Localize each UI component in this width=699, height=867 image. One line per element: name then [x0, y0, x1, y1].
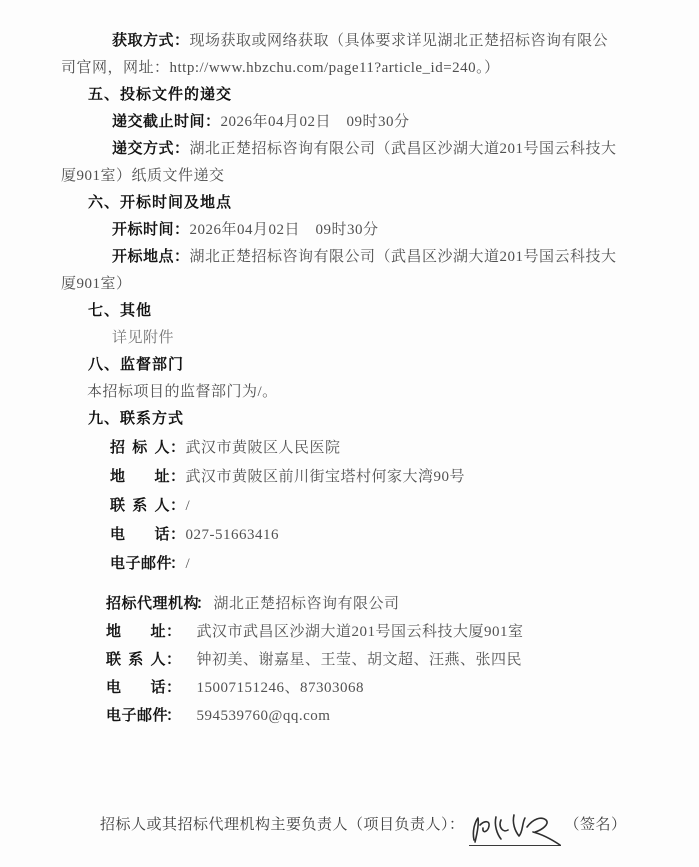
- section-heading-8: 八、监督部门: [61, 352, 643, 379]
- obtain-method-text: 现场获取或网络获取（具体要求详见湖北正楚招标咨询有限公: [190, 33, 609, 49]
- address-value: 武汉市黄陂区前川街宝塔村何家大湾90号: [186, 469, 466, 485]
- colon: ：: [196, 596, 212, 612]
- agency-address-value: 武汉市武昌区沙湖大道201号国云科技大厦901室: [197, 624, 524, 640]
- contact-row-agency-contacts: 联系人：钟初美、谢嘉星、王莹、胡文超、汪燕、张四民: [61, 646, 643, 674]
- tenderer-value: 武汉市黄陂区人民医院: [186, 440, 341, 456]
- section-heading-7: 七、其他: [61, 298, 643, 325]
- agency-contacts-label: 联系人: [106, 646, 166, 674]
- document-body: 获取方式：现场获取或网络获取（具体要求详见湖北正楚招标咨询有限公 司官网，网址：…: [61, 28, 643, 846]
- colon: ：: [170, 469, 186, 485]
- section-heading-9: 九、联系方式: [61, 406, 643, 433]
- agency-email-label: 电子邮件: [106, 702, 166, 730]
- colon: ：: [170, 498, 186, 514]
- bid-opening-time-label: 开标时间：: [112, 222, 190, 238]
- submission-deadline-label: 递交截止时间：: [112, 114, 221, 130]
- paragraph-obtain-method-line1: 获取方式：现场获取或网络获取（具体要求详见湖北正楚招标咨询有限公: [61, 28, 643, 55]
- paragraph-submission-deadline: 递交截止时间：2026年04月02日 09时30分: [61, 109, 643, 136]
- submission-method-label: 递交方式：: [112, 141, 190, 157]
- paragraph-bid-opening-place-line2: 厦901室）: [61, 271, 643, 298]
- submission-deadline-value: 2026年04月02日 09时30分: [221, 114, 410, 130]
- obtain-method-label: 获取方式：: [112, 33, 190, 49]
- colon: ：: [170, 556, 186, 572]
- colon: ：: [166, 624, 182, 640]
- colon: ：: [170, 527, 186, 543]
- signature-prefix: 招标人或其招标代理机构主要负责人（项目负责人）：: [100, 817, 465, 833]
- phone-value: 027-51663416: [186, 527, 280, 543]
- agency-phone-label: 电话: [106, 674, 166, 702]
- bid-opening-time-value: 2026年04月02日 09时30分: [190, 222, 379, 238]
- paragraph-see-attachment: 详见附件: [61, 325, 643, 352]
- agency-label: 招标代理机构: [106, 590, 196, 618]
- document-page: 获取方式：现场获取或网络获取（具体要求详见湖北正楚招标咨询有限公 司官网，网址：…: [0, 0, 699, 867]
- paragraph-obtain-method-line2: 司官网，网址：http://www.hbzchu.com/page11?arti…: [61, 55, 643, 82]
- paragraph-bid-opening-time: 开标时间：2026年04月02日 09时30分: [61, 217, 643, 244]
- colon: ：: [170, 440, 186, 456]
- signature-suffix: （签名）: [565, 817, 627, 833]
- email-label: 电子邮件: [110, 550, 170, 579]
- colon: ：: [166, 652, 182, 668]
- tenderer-contact-block: 招标人：武汉市黄陂区人民医院 地址：武汉市黄陂区前川街宝塔村何家大湾90号 联系…: [61, 434, 643, 579]
- bid-opening-place-text: 湖北正楚招标咨询有限公司（武昌区沙湖大道201号国云科技大: [190, 249, 617, 265]
- signature-row: 招标人或其招标代理机构主要负责人（项目负责人）： （签名）: [61, 804, 643, 846]
- phone-label: 电话: [110, 521, 170, 550]
- agency-contacts-value: 钟初美、谢嘉星、王莹、胡文超、汪燕、张四民: [197, 652, 523, 668]
- paragraph-bid-opening-place-line1: 开标地点：湖北正楚招标咨询有限公司（武昌区沙湖大道201号国云科技大: [61, 244, 643, 271]
- submission-method-text: 湖北正楚招标咨询有限公司（武昌区沙湖大道201号国云科技大: [190, 141, 617, 157]
- section-heading-6: 六、开标时间及地点: [61, 190, 643, 217]
- contact-row-agency-address: 地址：武汉市武昌区沙湖大道201号国云科技大厦901室: [61, 618, 643, 646]
- paragraph-supervision-dept: 本招标项目的监督部门为/。: [61, 379, 643, 406]
- signature-scribble: [467, 809, 563, 849]
- agency-contact-block: 招标代理机构：湖北正楚招标咨询有限公司 地址：武汉市武昌区沙湖大道201号国云科…: [61, 590, 643, 730]
- contact-row-phone: 电话：027-51663416: [61, 521, 643, 550]
- agency-phone-value: 15007151246、87303068: [197, 680, 365, 696]
- bid-opening-place-label: 开标地点：: [112, 249, 190, 265]
- tenderer-label: 招标人: [110, 434, 170, 463]
- agency-value: 湖北正楚招标咨询有限公司: [214, 596, 400, 612]
- paragraph-submission-method-line1: 递交方式：湖北正楚招标咨询有限公司（武昌区沙湖大道201号国云科技大: [61, 136, 643, 163]
- agency-email-value: 594539760@qq.com: [197, 708, 331, 724]
- email-value: /: [186, 556, 191, 572]
- contact-person-label: 联系人: [110, 492, 170, 521]
- address-label: 地址: [110, 463, 170, 492]
- contact-row-agency-phone: 电话：15007151246、87303068: [61, 674, 643, 702]
- signature-field: [469, 805, 561, 846]
- agency-address-label: 地址: [106, 618, 166, 646]
- contact-row-tenderer: 招标人：武汉市黄陂区人民医院: [61, 434, 643, 463]
- colon: ：: [166, 708, 182, 724]
- section-heading-5: 五、投标文件的递交: [61, 82, 643, 109]
- contact-person-value: /: [186, 498, 191, 514]
- paragraph-submission-method-line2: 厦901室）纸质文件递交: [61, 163, 643, 190]
- contact-row-contact-person: 联系人：/: [61, 492, 643, 521]
- contact-row-address: 地址：武汉市黄陂区前川街宝塔村何家大湾90号: [61, 463, 643, 492]
- colon: ：: [166, 680, 182, 696]
- contact-row-email: 电子邮件：/: [61, 550, 643, 579]
- contact-row-agency: 招标代理机构：湖北正楚招标咨询有限公司: [61, 590, 643, 618]
- contact-row-agency-email: 电子邮件：594539760@qq.com: [61, 702, 643, 730]
